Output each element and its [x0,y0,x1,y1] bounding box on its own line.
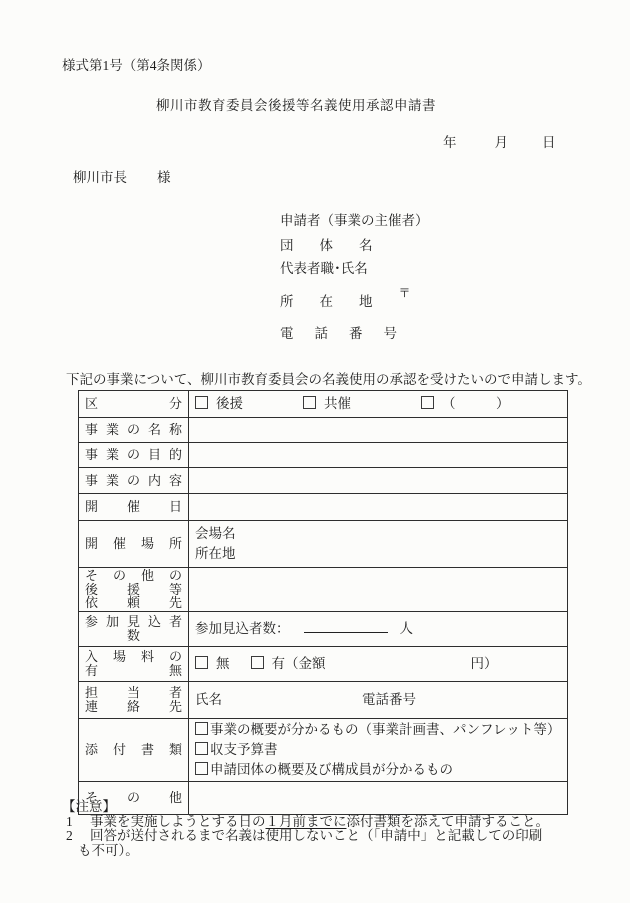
row-label-cell: 事業の目的 [79,443,189,468]
contact-name-label: 氏名 [195,692,222,707]
venue-cell: 会場名 所在地 [189,521,568,568]
note-text-segment: 事業を実施しようとする日の [90,814,266,829]
option-label: 無 [216,656,230,671]
table-row-purpose: 事業の目的 [79,443,568,468]
row-label-cell: 添付書類 [79,718,189,781]
intro-sentence: 下記の事業について、柳川市教育委員会の名義使用の承認を受けたいので申請します。 [66,368,591,388]
checkbox-icon [195,762,208,775]
table-row-venue: 開催場所 会場名 所在地 [79,521,568,568]
row-label: 依頼先 [85,596,182,610]
address-line: 所在地〒 [280,294,429,310]
row-label: 担当者 [85,686,182,700]
checkbox-icon [303,396,316,409]
row-label: 添付書類 [85,743,182,757]
checkbox-icon [251,656,264,669]
event-date-cell [189,494,568,521]
organization-name-label: 団体名 [280,238,429,254]
checkbox-icon [195,396,208,409]
fee-amount-suffix: 円） [471,656,498,671]
row-label: 有無 [85,664,182,678]
row-label: 開催日 [85,500,182,514]
attachment-item: 事業の概要が分かるもの（事業計画書、パンフレット等） [195,720,561,740]
postal-mark-icon: 〒 [399,286,411,300]
addressee-honorific: 様 [157,170,171,185]
venue-name-label: 会場名 [195,524,561,544]
date-month-label: 月 [495,135,509,150]
date-day-label: 日 [542,135,556,150]
attachment-label: 収支予算書 [210,742,278,757]
option-label: 後援 [216,396,243,411]
participants-cell: 参加見込者数：人 [189,611,568,646]
row-label: 連絡先 [85,700,182,714]
option-label: 有（金額 [272,656,326,671]
row-label: 入場料の [85,650,182,664]
applicant-block: 申請者（事業の主催者） 団体名 代表者職･氏名 所在地〒 電話番号 [280,213,429,342]
note-number: 1 [62,815,90,830]
row-label-cell: 担当者 連絡先 [79,681,189,718]
checkbox-icon [195,722,208,735]
project-name-cell [189,418,568,443]
checkbox-icon [195,656,208,669]
note-item-2: 2 回答が送付されるまで名義は使用しないこと（「申請中」と記載しての印刷 [62,829,607,844]
row-label: 事業の内容 [85,474,182,488]
option-fee-none: 無 [195,656,230,671]
note-continuation: も不可）。 [78,844,607,859]
row-label-cell: 事業の名称 [79,418,189,443]
content-cell [189,468,568,494]
purpose-cell [189,443,568,468]
note-item-1: 1 事業を実施しようとする日の１月前までに添付書類を添えて申請すること。 [62,815,607,830]
addressee-name: 柳川市長 [73,170,127,185]
date-line: 年月日 [443,131,556,151]
application-table: 区分 後援共催（ ） 事業の名称 事業の目的 事業の内容 開催日 [78,390,568,815]
notes-block: 【注意】 1 事業を実施しようとする日の１月前までに添付書類を添えて申請すること… [62,800,607,858]
attachments-cell: 事業の概要が分かるもの（事業計画書、パンフレット等） 収支予算書 申請団体の概要… [189,718,568,781]
page-title: 柳川市教育委員会後援等名義使用承認申請書 [0,94,592,114]
row-label: 参加見込者 [85,615,182,629]
note-text: 回答が送付されるまで名義は使用しないこと（「申請中」と記載しての印刷 [90,829,542,844]
row-label: 数 [85,629,182,643]
representative-label: 代表者職･氏名 [280,261,429,277]
option-other: （ ） [421,396,510,411]
note-text: 事業を実施しようとする日の１月前までに添付書類を添えて申請すること。 [90,815,549,830]
option-kyousai: 共催 [303,396,351,411]
applicant-heading: 申請者（事業の主催者） [280,213,429,229]
note-underlined-text: １月前までに [266,814,347,829]
option-label: （ ） [442,396,510,411]
row-label: その他の [85,569,182,583]
option-fee-yes: 有（金額 [251,656,326,671]
admission-fee-cell: 無有（金額円） [189,646,568,681]
row-label-cell: 参加見込者 数 [79,611,189,646]
row-label: 区分 [85,397,182,411]
notes-heading: 【注意】 [62,800,607,815]
table-row-other-sponsors: その他の 後援等 依頼先 [79,568,568,612]
participants-field-label: 参加見込者数： [195,621,290,636]
category-options-cell: 後援共催（ ） [189,391,568,418]
attachment-item: 収支予算書 [195,740,561,760]
table-row-date: 開催日 [79,494,568,521]
option-kouen: 後援 [195,396,243,411]
note-text-segment: 添付書類を添えて申請すること。 [347,814,550,829]
row-label-cell: その他の 後援等 依頼先 [79,568,189,612]
table-row-contact: 担当者 連絡先 氏名電話番号 [79,681,568,718]
row-label: 事業の名称 [85,423,182,437]
row-label: 後援等 [85,583,182,597]
checkbox-icon [195,742,208,755]
row-label-cell: 開催場所 [79,521,189,568]
fill-in-blank-line [304,620,388,633]
row-label-cell: 入場料の 有無 [79,646,189,681]
table-row-admission-fee: 入場料の 有無 無有（金額円） [79,646,568,681]
table-row-attachments: 添付書類 事業の概要が分かるもの（事業計画書、パンフレット等） 収支予算書 申請… [79,718,568,781]
row-label: 事業の目的 [85,448,182,462]
option-label: 共催 [324,396,351,411]
attachment-label: 申請団体の概要及び構成員が分かるもの [210,762,453,777]
contact-cell: 氏名電話番号 [189,681,568,718]
address-label: 所在地 [280,294,399,309]
table-row-expected-participants: 参加見込者 数 参加見込者数：人 [79,611,568,646]
row-label-cell: 開催日 [79,494,189,521]
row-label-cell: 事業の内容 [79,468,189,494]
contact-phone-label: 電話番号 [362,692,416,707]
other-sponsors-cell [189,568,568,612]
note-number: 2 [62,829,90,844]
form-number: 様式第1号（第4条関係） [62,54,211,74]
attachment-item: 申請団体の概要及び構成員が分かるもの [195,760,561,780]
application-form-page: 様式第1号（第4条関係） 柳川市教育委員会後援等名義使用承認申請書 年月日 柳川… [0,0,630,903]
venue-address-label: 所在地 [195,544,561,564]
row-label: 開催場所 [85,537,182,551]
attachment-label: 事業の概要が分かるもの（事業計画書、パンフレット等） [210,722,560,737]
checkbox-icon [421,396,434,409]
table-row-project-name: 事業の名称 [79,418,568,443]
date-year-label: 年 [443,135,457,150]
row-label-cell: 区分 [79,391,189,418]
participants-unit-label: 人 [400,621,414,636]
phone-number-label: 電話番号 [280,326,429,342]
addressee-line: 柳川市長様 [73,166,171,186]
table-row-category: 区分 後援共催（ ） [79,391,568,418]
table-row-content: 事業の内容 [79,468,568,494]
